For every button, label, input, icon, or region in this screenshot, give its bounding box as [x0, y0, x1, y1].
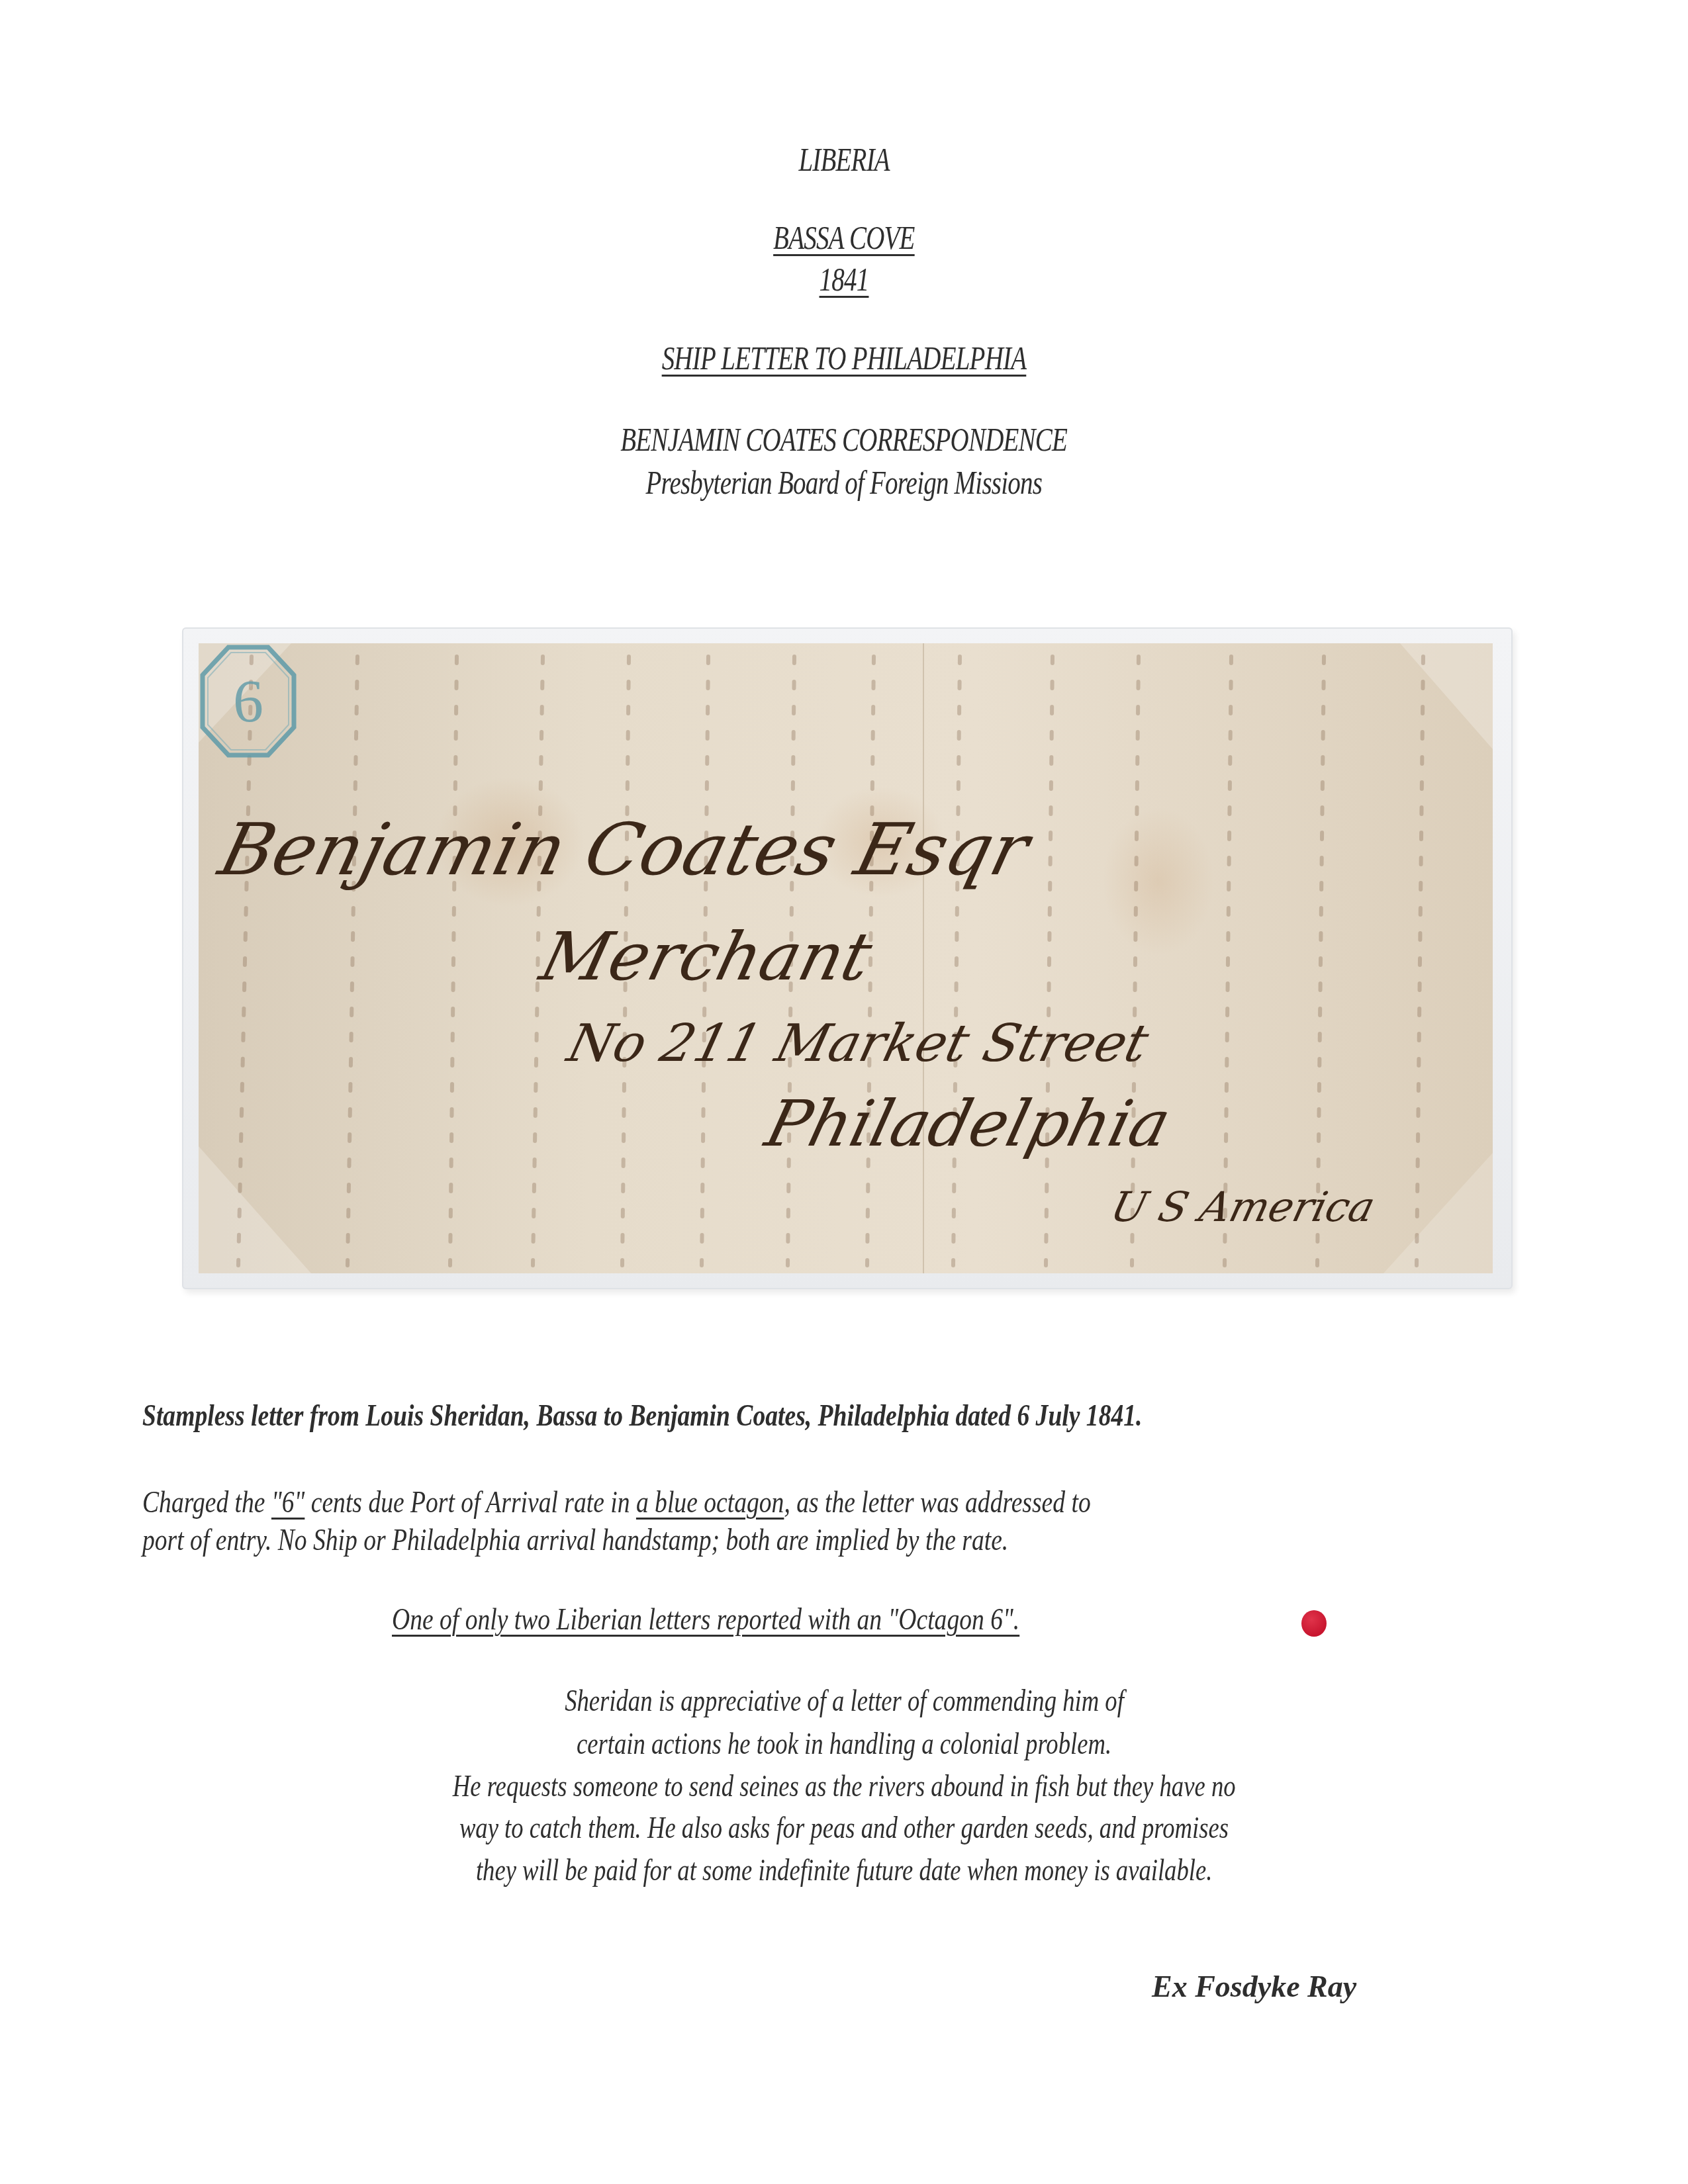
- description-rate-line2: port of entry. No Ship or Philadelphia a…: [0, 1522, 1688, 1558]
- content-line-4: way to catch them. He also asks for peas…: [0, 1810, 1688, 1846]
- address-line-country: U S America: [1106, 1183, 1380, 1231]
- description-origin: Stampless letter from Louis Sheridan, Ba…: [0, 1398, 1688, 1433]
- provenance: Ex Fosdyke Ray: [1152, 1969, 1356, 2004]
- red-dot-marker-icon: [1301, 1610, 1327, 1637]
- town-heading: BASSA COVE: [0, 218, 1688, 257]
- collection-heading: BENJAMIN COATES CORRESPONDENCE: [0, 420, 1688, 459]
- country-text: LIBERIA: [798, 140, 889, 179]
- svg-text:6: 6: [233, 667, 263, 735]
- content-line-1: Sheridan is appreciative of a letter of …: [0, 1683, 1688, 1719]
- content-line-5: they will be paid for at some indefinite…: [0, 1852, 1688, 1888]
- stampless-letter-cover: 6 Benjamin Coates Esqr Merchant No 211 M…: [199, 643, 1493, 1273]
- town-text: BASSA COVE: [773, 218, 915, 257]
- address-line-city: Philadelphia: [759, 1087, 1178, 1161]
- address-line-name: Benjamin Coates Esqr: [211, 809, 1037, 891]
- blue-octagon-highlight: a blue octagon: [636, 1485, 784, 1520]
- description-rate-line1: Charged the "6" cents due Port of Arriva…: [0, 1484, 1688, 1520]
- rarity-note: One of only two Liberian letters reporte…: [0, 1602, 1688, 1637]
- collection-text: BENJAMIN COATES CORRESPONDENCE: [621, 420, 1068, 459]
- organization-heading: Presbyterian Board of Foreign Missions: [0, 463, 1688, 502]
- subject-heading: SHIP LETTER TO PHILADELPHIA: [0, 339, 1688, 377]
- address-line-street: No 211 Market Street: [562, 1014, 1154, 1073]
- address-line-occupation: Merchant: [533, 918, 879, 995]
- content-line-3: He requests someone to send seines as th…: [0, 1768, 1688, 1804]
- rate-value: "6": [271, 1485, 305, 1520]
- subject-text: SHIP LETTER TO PHILADELPHIA: [662, 339, 1027, 377]
- blue-octagon-6-rate-stamp: 6: [199, 643, 298, 759]
- content-line-2: certain actions he took in handling a co…: [0, 1726, 1688, 1762]
- year-heading: 1841: [0, 260, 1688, 298]
- country-heading: LIBERIA: [0, 140, 1688, 179]
- year-text: 1841: [820, 260, 869, 298]
- organization-text: Presbyterian Board of Foreign Missions: [646, 463, 1043, 502]
